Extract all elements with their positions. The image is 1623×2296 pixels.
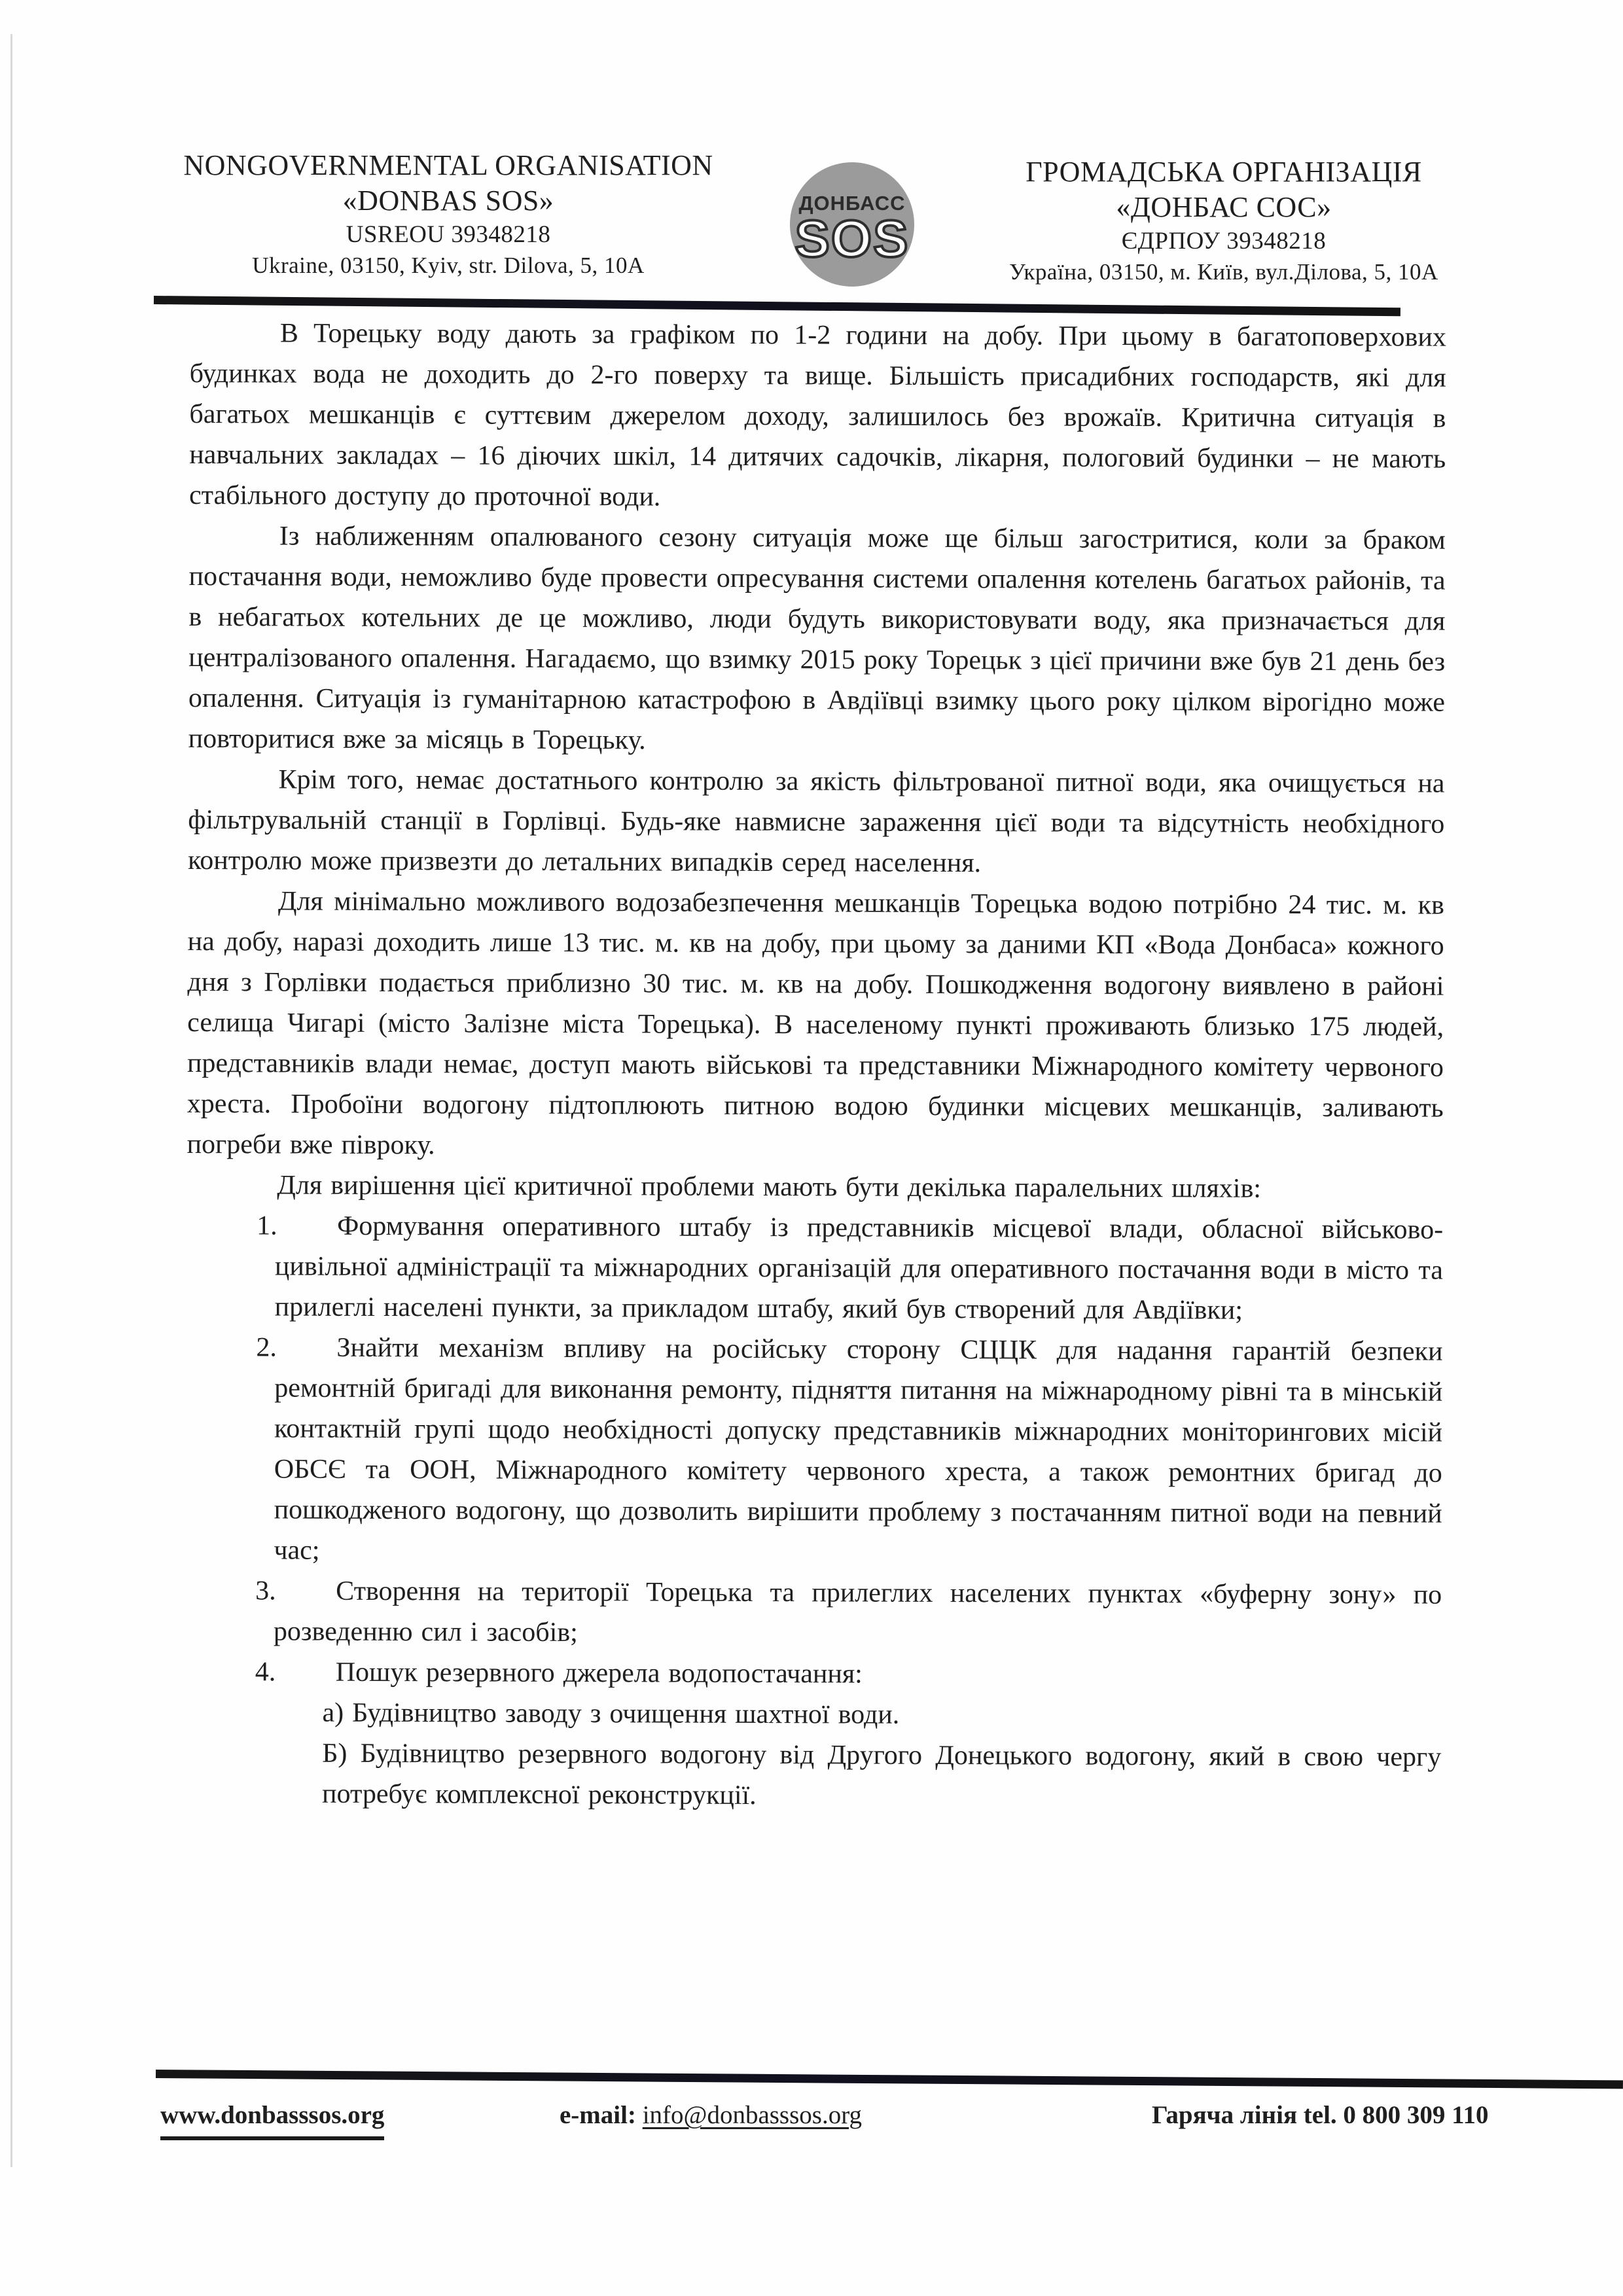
list-number: 1.: [257, 1205, 277, 1246]
paragraph-3: Крім того, немає достатнього контролю за…: [188, 759, 1445, 885]
footer: www.donbasssos.org e-mail: info@donbasss…: [0, 2096, 1623, 2148]
paragraph-4: Для мінімально можливого водозабезпеченн…: [187, 881, 1444, 1169]
list-number: 4.: [255, 1651, 276, 1692]
list-number: 3.: [255, 1570, 276, 1611]
list-item-4: 4.Пошук резервного джерела водопостачанн…: [274, 1651, 1442, 1696]
sub-item-marker: Б): [322, 1739, 347, 1769]
list-item-text: Створення на території Торецька та приле…: [274, 1576, 1442, 1648]
org-type-en: NONGOVERNMENTAL ORGANISATION: [164, 148, 733, 183]
sub-item-a: а) Будівництво заводу з очищення шахтної…: [322, 1693, 1441, 1737]
list-item-text: Пошук резервного джерела водопостачання:: [336, 1657, 863, 1689]
org-edrpou: ЄДРПОУ 39348218: [952, 226, 1495, 257]
email-link[interactable]: info@donbasssos.org: [643, 2101, 862, 2129]
list-item-2: 2.Знайти механізм впливу на російську ст…: [274, 1327, 1442, 1574]
list-intro: Для вирішення цієї критичної проблеми ма…: [187, 1165, 1443, 1210]
email-label: e-mail:: [560, 2101, 636, 2129]
org-name-ua: «ДОНБАС СОС»: [952, 189, 1495, 226]
sub-item-text: Будівництво резервного водогону від Друг…: [322, 1739, 1441, 1810]
hotline-number: Гаряча лінія tel. 0 800 309 110: [1152, 2096, 1489, 2135]
footer-divider: [156, 2070, 1623, 2089]
scan-artifact-line: [10, 34, 12, 2167]
list-number: 2.: [256, 1327, 277, 1368]
sub-item-b: Б) Будівництво резервного водогону від Д…: [322, 1733, 1441, 1818]
org-name-en: «DONBAS SOS»: [164, 183, 733, 219]
sub-item-text: Будівництво заводу з очищення шахтної во…: [352, 1698, 899, 1730]
org-usreou: USREOU 39348218: [164, 219, 733, 251]
document-page: NONGOVERNMENTAL ORGANISATION «DONBAS SOS…: [0, 0, 1623, 2296]
list-item-1: 1.Формування оперативного штабу із предс…: [275, 1205, 1444, 1331]
list-item-text: Формування оперативного штабу із предста…: [275, 1211, 1444, 1326]
letter-body: В Торецьку воду дають за графіком по 1-2…: [185, 313, 1446, 1818]
org-address-ua: Україна, 03150, м. Київ, вул.Ділова, 5, …: [952, 257, 1495, 287]
email-block: e-mail: info@donbasssos.org: [560, 2096, 862, 2135]
logo-text-sos: SOS: [790, 215, 914, 263]
website-link[interactable]: www.donbasssos.org: [160, 2096, 384, 2140]
list-item-3: 3.Створення на території Торецька та при…: [274, 1570, 1442, 1655]
sub-item-marker: а): [322, 1698, 344, 1728]
org-address-en: Ukraine, 03150, Kyiv, str. Dilova, 5, 10…: [164, 251, 733, 281]
paragraph-1: В Торецьку воду дають за графіком по 1-2…: [189, 313, 1446, 520]
paragraph-2: Із наближенням опалюваного сезону ситуац…: [188, 516, 1446, 764]
org-info-ukrainian: ГРОМАДСЬКА ОРГАНІЗАЦІЯ «ДОНБАС СОС» ЄДРП…: [952, 154, 1495, 287]
org-logo: ДОНБАСС SOS: [790, 162, 914, 287]
list-item-text: Знайти механізм впливу на російську стор…: [274, 1333, 1442, 1566]
org-type-ua: ГРОМАДСЬКА ОРГАНІЗАЦІЯ: [952, 154, 1495, 189]
org-info-english: NONGOVERNMENTAL ORGANISATION «DONBAS SOS…: [164, 148, 733, 281]
